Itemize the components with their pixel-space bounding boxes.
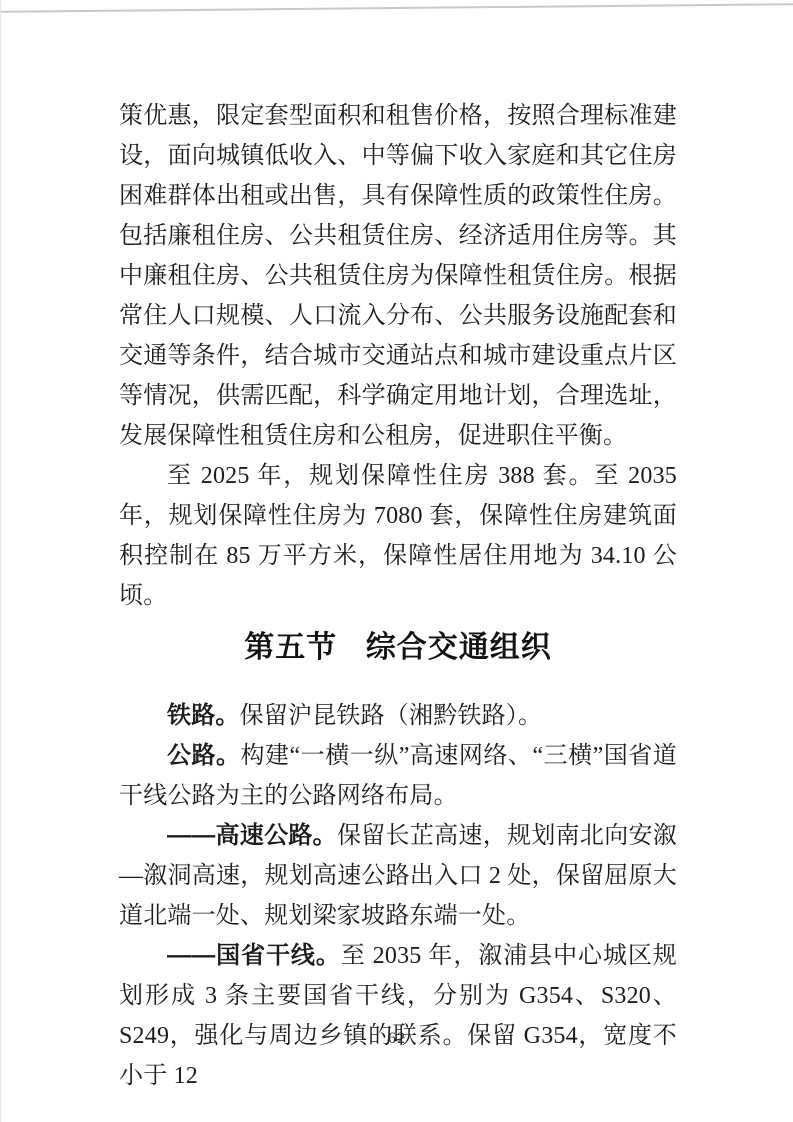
trunk-roads-lead-label: 国省干线。 xyxy=(215,942,340,969)
railway-lead-label: 铁路。 xyxy=(167,702,240,729)
page-content: 策优惠，限定套型面积和租售价格，按照合理标准建设，面向城镇低收入、中等偏下收入家… xyxy=(119,96,677,1096)
trunk-roads-dash: —— xyxy=(167,942,215,969)
expressway-lead-label: 高速公路。 xyxy=(215,822,337,849)
paragraph-highway: 公路。构建“一横一纵”高速网络、“三横”国省道干线公路为主的公路网络布局。 xyxy=(119,736,677,816)
paragraph-housing-policy: 策优惠，限定套型面积和租售价格，按照合理标准建设，面向城镇低收入、中等偏下收入家… xyxy=(119,96,677,456)
paragraph-housing-targets: 至 2025 年，规划保障性住房 388 套。至 2035 年，规划保障性住房为… xyxy=(119,456,677,616)
paragraph-expressway: ——高速公路。保留长芷高速，规划南北向安溆—溆洞高速，规划高速公路出入口 2 处… xyxy=(119,816,677,936)
section-title: 综合交通组织 xyxy=(366,631,552,664)
page-number: 62 xyxy=(1,1030,793,1048)
expressway-dash: —— xyxy=(167,822,215,849)
highway-lead-label: 公路。 xyxy=(167,742,241,769)
document-page: 策优惠，限定套型面积和租售价格，按照合理标准建设，面向城镇低收入、中等偏下收入家… xyxy=(0,0,793,1122)
railway-text: 保留沪昆铁路（湘黔铁路）。 xyxy=(240,703,543,729)
section-number: 第五节 xyxy=(244,631,337,664)
paragraph-trunk-roads: ——国省干线。至 2035 年，溆浦县中心城区规划形成 3 条主要国省干线，分别… xyxy=(119,936,677,1096)
paragraph-railway: 铁路。保留沪昆铁路（湘黔铁路）。 xyxy=(119,696,677,736)
section-heading: 第五节综合交通组织 xyxy=(119,626,677,670)
page-edge-line xyxy=(0,3,793,13)
